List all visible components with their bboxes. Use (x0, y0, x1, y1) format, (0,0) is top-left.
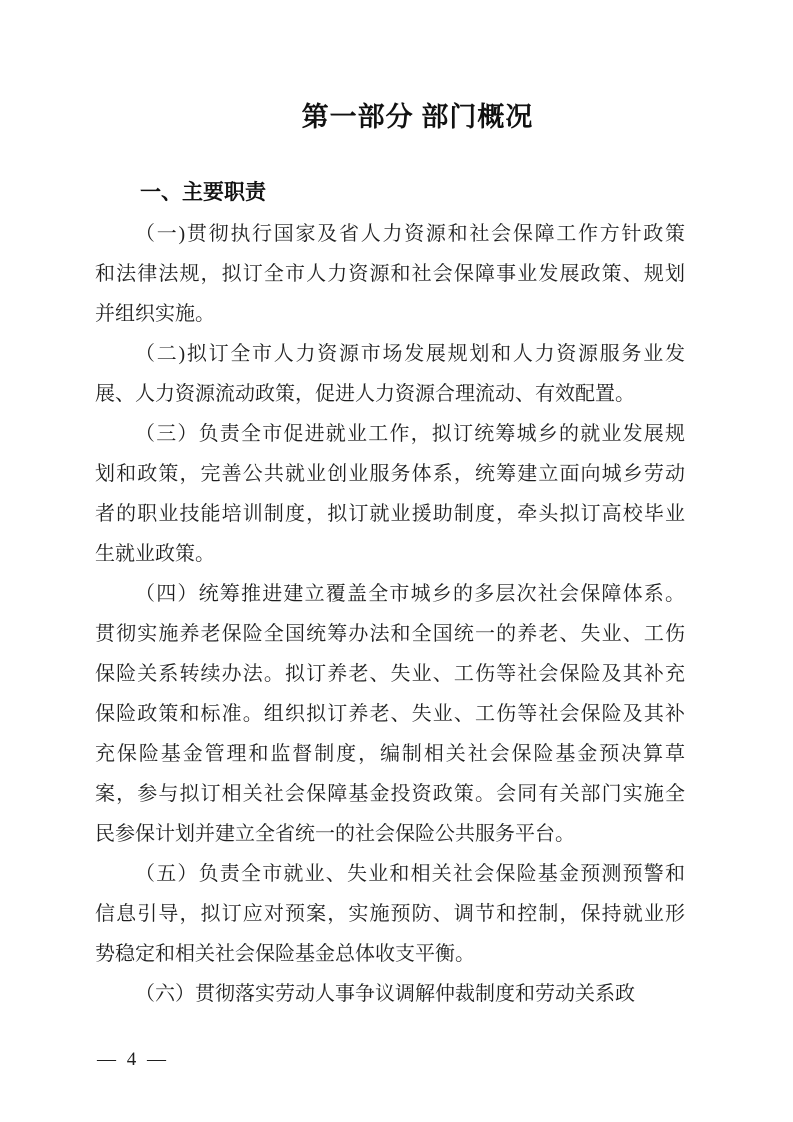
text-line: 保险关系转续办法。拟订养老、失业、工伤等社会保险及其补充 (95, 654, 685, 694)
paragraph: （三）负责全市促进就业工作，拟订统筹城乡的就业发展规划和政策，完善公共就业创业服… (95, 414, 685, 574)
text-line: 保险政策和标准。组织拟订养老、失业、工伤等社会保险及其补 (95, 694, 685, 734)
text-line: （三）负责全市促进就业工作，拟订统筹城乡的就业发展规 (95, 414, 685, 454)
text-line: 民参保计划并建立全省统一的社会保险公共服务平台。 (95, 814, 685, 854)
section-heading: 一、主要职责 (140, 176, 266, 210)
paragraph: （四）统筹推进建立覆盖全市城乡的多层次社会保障体系。贯彻实施养老保险全国统筹办法… (95, 574, 685, 854)
text-line: 充保险基金管理和监督制度，编制相关社会保险基金预决算草 (95, 734, 685, 774)
text-line: 势稳定和相关社会保险基金总体收支平衡。 (95, 934, 685, 974)
text-line: （四）统筹推进建立覆盖全市城乡的多层次社会保障体系。 (95, 574, 685, 614)
text-line: 划和政策，完善公共就业创业服务体系，统筹建立面向城乡劳动 (95, 454, 685, 494)
text-line: （一)贯彻执行国家及省人力资源和社会保障工作方针政策 (95, 214, 685, 254)
paragraph: （二)拟订全市人力资源市场发展规划和人力资源服务业发展、人力资源流动政策，促进人… (95, 334, 685, 414)
text-line: 生就业政策。 (95, 534, 685, 574)
document-body: （一)贯彻执行国家及省人力资源和社会保障工作方针政策和法律法规，拟订全市人力资源… (95, 214, 685, 1014)
text-line: 信息引导，拟订应对预案，实施预防、调节和控制，保持就业形 (95, 894, 685, 934)
paragraph: （五）负责全市就业、失业和相关社会保险基金预测预警和信息引导，拟订应对预案，实施… (95, 854, 685, 974)
text-line: 和法律法规，拟订全市人力资源和社会保障事业发展政策、规划 (95, 254, 685, 294)
page-number: — 4 — (97, 1046, 169, 1074)
text-line: （二)拟订全市人力资源市场发展规划和人力资源服务业发 (95, 334, 685, 374)
text-line: （六）贯彻落实劳动人事争议调解仲裁制度和劳动关系政 (95, 974, 685, 1014)
text-line: 展、人力资源流动政策，促进人力资源合理流动、有效配置。 (95, 374, 685, 414)
paragraph: （一)贯彻执行国家及省人力资源和社会保障工作方针政策和法律法规，拟订全市人力资源… (95, 214, 685, 334)
document-page: 第一部分 部门概况 一、主要职责 （一)贯彻执行国家及省人力资源和社会保障工作方… (0, 0, 793, 1122)
text-line: 贯彻实施养老保险全国统筹办法和全国统一的养老、失业、工伤 (95, 614, 685, 654)
text-line: 者的职业技能培训制度，拟订就业援助制度，牵头拟订高校毕业 (95, 494, 685, 534)
page-title: 第一部分 部门概况 (95, 100, 740, 134)
text-line: 并组织实施。 (95, 294, 685, 334)
paragraph: （六）贯彻落实劳动人事争议调解仲裁制度和劳动关系政 (95, 974, 685, 1014)
text-line: 案，参与拟订相关社会保障基金投资政策。会同有关部门实施全 (95, 774, 685, 814)
text-line: （五）负责全市就业、失业和相关社会保险基金预测预警和 (95, 854, 685, 894)
